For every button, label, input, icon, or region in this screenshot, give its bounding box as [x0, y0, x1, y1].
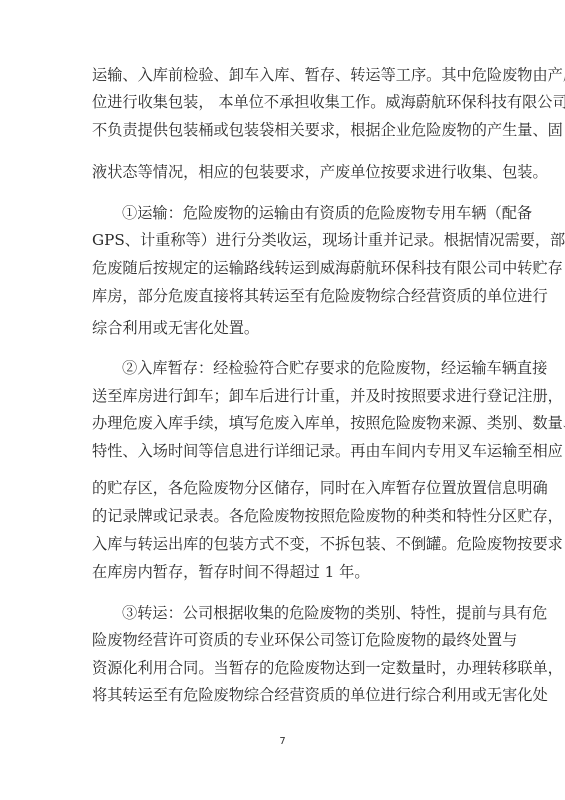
paragraph-storage-line: 特性、入场时间等信息进行详细记录。再由车间内专用叉车运输至相应	[92, 441, 475, 461]
paragraph-transport-line: GPS、计重称等）进行分类收运，现场计重并记录。根据情况需要，部分	[92, 230, 475, 250]
paragraph-storage-line: 办理危废入库手续，填写危废入库单，按照危险废物来源、类别、数量、	[92, 413, 475, 433]
paragraph-transfer-line: 将其转运至有危险废物综合经营资质的单位进行综合利用或无害化处	[92, 685, 475, 705]
paragraph-intro-line: 不负责提供包装桶或包装袋相关要求，根据企业危险废物的产生量、固	[92, 120, 475, 140]
paragraph-transfer-line: 险废物经营许可资质的专业环保公司签订危险废物的最终处置与	[92, 630, 475, 650]
paragraph-storage-line: ②入库暂存：经检验符合贮存要求的危险废物，经运输车辆直接	[122, 358, 475, 378]
paragraph-storage-line: 的记录牌或记录表。各危险废物按照危险废物的种类和特性分区贮存，	[92, 506, 475, 526]
paragraph-storage-line: 入库与转运出库的包装方式不变，不拆包装、不倒罐。危险废物按要求	[92, 534, 475, 554]
page-number: 7	[0, 736, 565, 747]
paragraph-transport-line: ①运输：危险废物的运输由有资质的危险废物专用车辆（配备	[122, 203, 475, 223]
paragraph-storage-line: 送至库房进行卸车；卸车后进行计重，并及时按照要求进行登记注册，	[92, 386, 475, 406]
paragraph-transfer-line: ③转运：公司根据收集的危险废物的类别、特性，提前与具有危	[122, 603, 475, 623]
paragraph-intro-line: 运输、入库前检验、卸车入库、暂存、转运等工序。其中危险废物由产废单	[92, 65, 475, 85]
paragraph-storage-line: 的贮存区，各危险废物分区储存，同时在入库暂存位置放置信息明确	[92, 478, 475, 498]
document-page: 运输、入库前检验、卸车入库、暂存、转运等工序。其中危险废物由产废单 位进行收集包…	[0, 0, 565, 800]
paragraph-transport-line: 综合利用或无害化处置。	[92, 318, 475, 338]
paragraph-intro-line: 液状态等情况，相应的包装要求，产废单位按要求进行收集、包装。	[92, 162, 475, 182]
paragraph-transport-line: 库房，部分危废直接将其转运至有危险废物综合经营资质的单位进行	[92, 286, 475, 306]
paragraph-intro-line: 位进行收集包装， 本单位不承担收集工作。威海蔚航环保科技有限公司	[92, 92, 475, 112]
paragraph-storage-line: 在库房内暂存，暂存时间不得超过 1 年。	[92, 562, 475, 582]
paragraph-transport-line: 危废随后按规定的运输路线转运到威海蔚航环保科技有限公司中转贮存	[92, 258, 475, 278]
paragraph-transfer-line: 资源化利用合同。当暂存的危险废物达到一定数量时，办理转移联单，	[92, 658, 475, 678]
